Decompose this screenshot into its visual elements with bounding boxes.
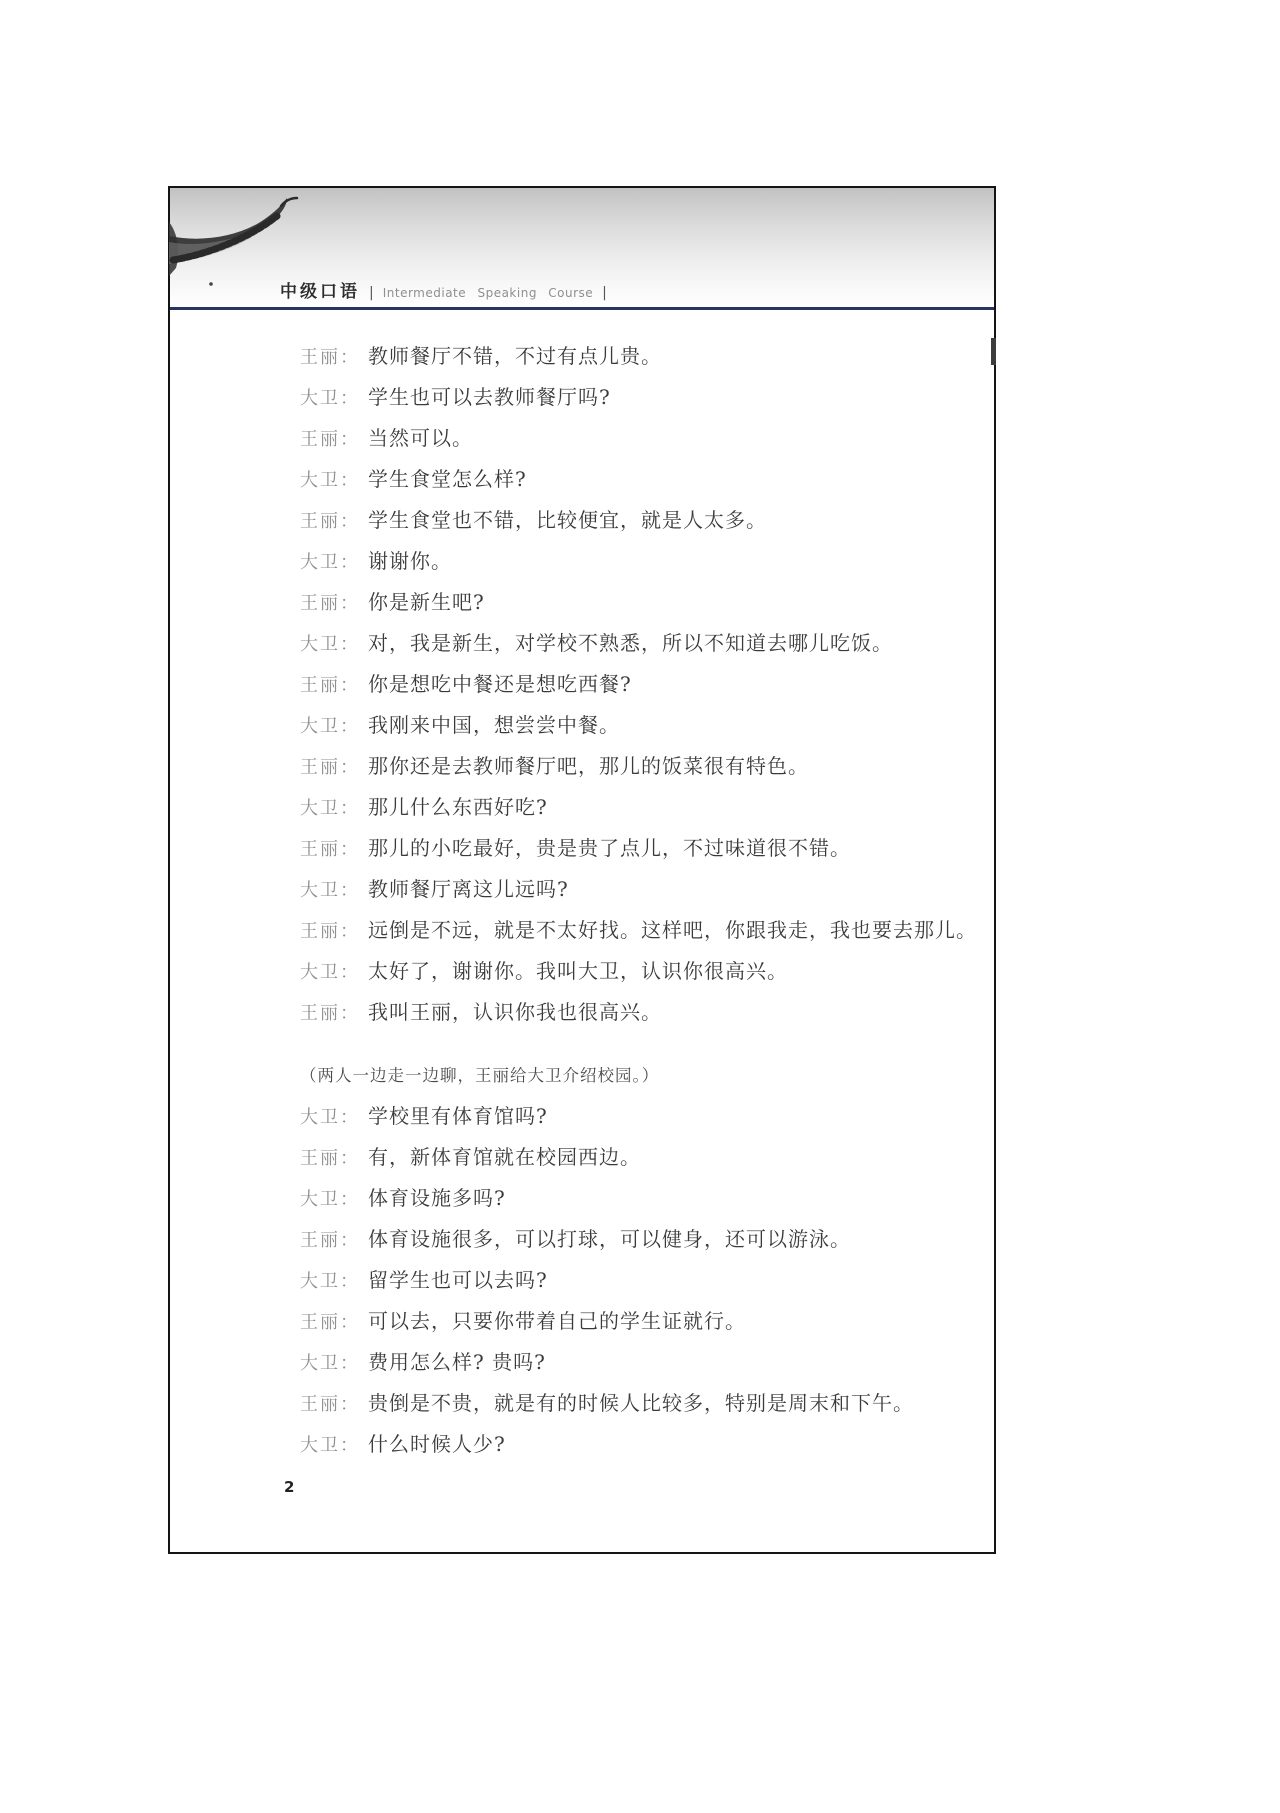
dialogue-line: 大卫：对，我是新生，对学校不熟悉，所以不知道去哪儿吃饭。 (300, 623, 958, 664)
line-text: 当然可以。 (368, 426, 473, 450)
dialogue-line: 王丽：教师餐厅不错，不过有点儿贵。 (300, 336, 958, 377)
line-text: 你是新生吧? (368, 590, 485, 614)
header-title: 中级口语 | Intermediate Speaking Course | (280, 277, 607, 302)
line-text: 我刚来中国，想尝尝中餐。 (368, 713, 620, 737)
header-title-cn: 中级口语 (280, 277, 360, 302)
edge-mark (991, 338, 996, 365)
speaker-name: 大卫： (300, 798, 360, 819)
dialogue-line: 大卫：留学生也可以去吗? (300, 1260, 958, 1301)
dialogue-line: 大卫：什么时候人少? (300, 1424, 958, 1465)
line-text: 远倒是不远，就是不太好找。这样吧，你跟我走，我也要去那儿。 (368, 918, 977, 942)
line-text: 学生食堂怎么样? (368, 467, 527, 491)
line-text: 教师餐厅不错，不过有点儿贵。 (368, 344, 662, 368)
speaker-name: 大卫： (300, 634, 360, 655)
dialogue-line: 王丽：可以去，只要你带着自己的学生证就行。 (300, 1301, 958, 1342)
speaker-name: 大卫： (300, 716, 360, 737)
speaker-name: 王丽： (300, 347, 360, 368)
line-text: 有，新体育馆就在校园西边。 (368, 1145, 641, 1169)
line-text: 对，我是新生，对学校不熟悉，所以不知道去哪儿吃饭。 (368, 631, 893, 655)
speaker-name: 大卫： (300, 1435, 360, 1456)
dialogue-line: 大卫：体育设施多吗? (300, 1178, 958, 1219)
speaker-name: 王丽： (300, 593, 360, 614)
speaker-name: 大卫： (300, 962, 360, 983)
dialogue-line: 王丽：你是想吃中餐还是想吃西餐? (300, 664, 958, 705)
dialogue-line: 大卫：我刚来中国，想尝尝中餐。 (300, 705, 958, 746)
line-text: 留学生也可以去吗? (368, 1268, 548, 1292)
speaker-name: 王丽： (300, 757, 360, 778)
speaker-name: 王丽： (300, 1312, 360, 1333)
line-text: 那儿什么东西好吃? (368, 795, 548, 819)
dialogue-line: 王丽：那儿的小吃最好，贵是贵了点儿，不过味道很不错。 (300, 828, 958, 869)
speaker-name: 王丽： (300, 511, 360, 532)
line-text: 谢谢你。 (368, 549, 452, 573)
dialogue-line: 大卫：学校里有体育馆吗? (300, 1096, 958, 1137)
header-title-en: Intermediate Speaking Course (383, 286, 593, 300)
speaker-name: 大卫： (300, 388, 360, 409)
line-text: 你是想吃中餐还是想吃西餐? (368, 672, 632, 696)
dialogue-line: 大卫：学生食堂怎么样? (300, 459, 958, 500)
stage-direction: （两人一边走一边聊，王丽给大卫介绍校园。） (300, 1055, 958, 1096)
line-text: 学生食堂也不错，比较便宜，就是人太多。 (368, 508, 767, 532)
line-text: 什么时候人少? (368, 1432, 506, 1456)
speaker-name: 大卫： (300, 1353, 360, 1374)
speaker-name: 大卫： (300, 880, 360, 901)
dialogue-line: 王丽：当然可以。 (300, 418, 958, 459)
speaker-name: 王丽： (300, 1230, 360, 1251)
speaker-name: 王丽： (300, 675, 360, 696)
line-text: 学校里有体育馆吗? (368, 1104, 548, 1128)
line-text: 那儿的小吃最好，贵是贵了点儿，不过味道很不错。 (368, 836, 851, 860)
dialogue-line: 王丽：你是新生吧? (300, 582, 958, 623)
speaker-name: 王丽： (300, 839, 360, 860)
dialogue-line: 大卫：谢谢你。 (300, 541, 958, 582)
line-text: 那你还是去教师餐厅吧，那儿的饭菜很有特色。 (368, 754, 809, 778)
dialogue-line: 大卫：教师餐厅离这儿远吗? (300, 869, 958, 910)
dialogue-line: 大卫：那儿什么东西好吃? (300, 787, 958, 828)
dialogue-line: 大卫：太好了，谢谢你。我叫大卫，认识你很高兴。 (300, 951, 958, 992)
speaker-name: 大卫： (300, 1107, 360, 1128)
dialogue-line: 王丽：远倒是不远，就是不太好找。这样吧，你跟我走，我也要去那儿。 (300, 910, 958, 951)
line-text: 体育设施多吗? (368, 1186, 506, 1210)
speaker-name: 王丽： (300, 1003, 360, 1024)
header-divider-bar: | (602, 285, 607, 301)
header-divider-bar: | (369, 285, 374, 301)
speaker-name: 大卫： (300, 1271, 360, 1292)
speaker-name: 大卫： (300, 470, 360, 491)
dialogue-line: 王丽：我叫王丽，认识你我也很高兴。 (300, 992, 958, 1033)
line-text: 贵倒是不贵，就是有的时候人比较多，特别是周末和下午。 (368, 1391, 914, 1415)
page-header: 中级口语 | Intermediate Speaking Course | (170, 188, 994, 307)
dialogue-line: 王丽：学生食堂也不错，比较便宜，就是人太多。 (300, 500, 958, 541)
line-text: 我叫王丽，认识你我也很高兴。 (368, 1000, 662, 1024)
dialogue-line: 王丽：贵倒是不贵，就是有的时候人比较多，特别是周末和下午。 (300, 1383, 958, 1424)
line-text: 体育设施很多，可以打球，可以健身，还可以游泳。 (368, 1227, 851, 1251)
line-text: 学生也可以去教师餐厅吗? (368, 385, 611, 409)
document-canvas: 中级口语 | Intermediate Speaking Course | 王丽… (0, 0, 1280, 1813)
speaker-name: 王丽： (300, 429, 360, 450)
speaker-name: 王丽： (300, 1394, 360, 1415)
dialogue-body: 王丽：教师餐厅不错，不过有点儿贵。 大卫：学生也可以去教师餐厅吗? 王丽：当然可… (170, 310, 994, 1465)
speaker-name: 大卫： (300, 552, 360, 573)
dialogue-line: 大卫：学生也可以去教师餐厅吗? (300, 377, 958, 418)
dialogue-line: 大卫：费用怎么样? 贵吗? (300, 1342, 958, 1383)
speaker-name: 大卫： (300, 1189, 360, 1210)
line-text: 太好了，谢谢你。我叫大卫，认识你很高兴。 (368, 959, 788, 983)
dialogue-line: 王丽：有，新体育馆就在校园西边。 (300, 1137, 958, 1178)
speaker-name: 王丽： (300, 921, 360, 942)
book-page: 中级口语 | Intermediate Speaking Course | 王丽… (168, 186, 996, 1554)
page-number: 2 (284, 1478, 294, 1496)
speaker-name: 王丽： (300, 1148, 360, 1169)
dialogue-line: 王丽：那你还是去教师餐厅吧，那儿的饭菜很有特色。 (300, 746, 958, 787)
line-text: 费用怎么样? 贵吗? (368, 1350, 546, 1374)
line-text: 可以去，只要你带着自己的学生证就行。 (368, 1309, 746, 1333)
dialogue-line: 王丽：体育设施很多，可以打球，可以健身，还可以游泳。 (300, 1219, 958, 1260)
line-text: 教师餐厅离这儿远吗? (368, 877, 569, 901)
